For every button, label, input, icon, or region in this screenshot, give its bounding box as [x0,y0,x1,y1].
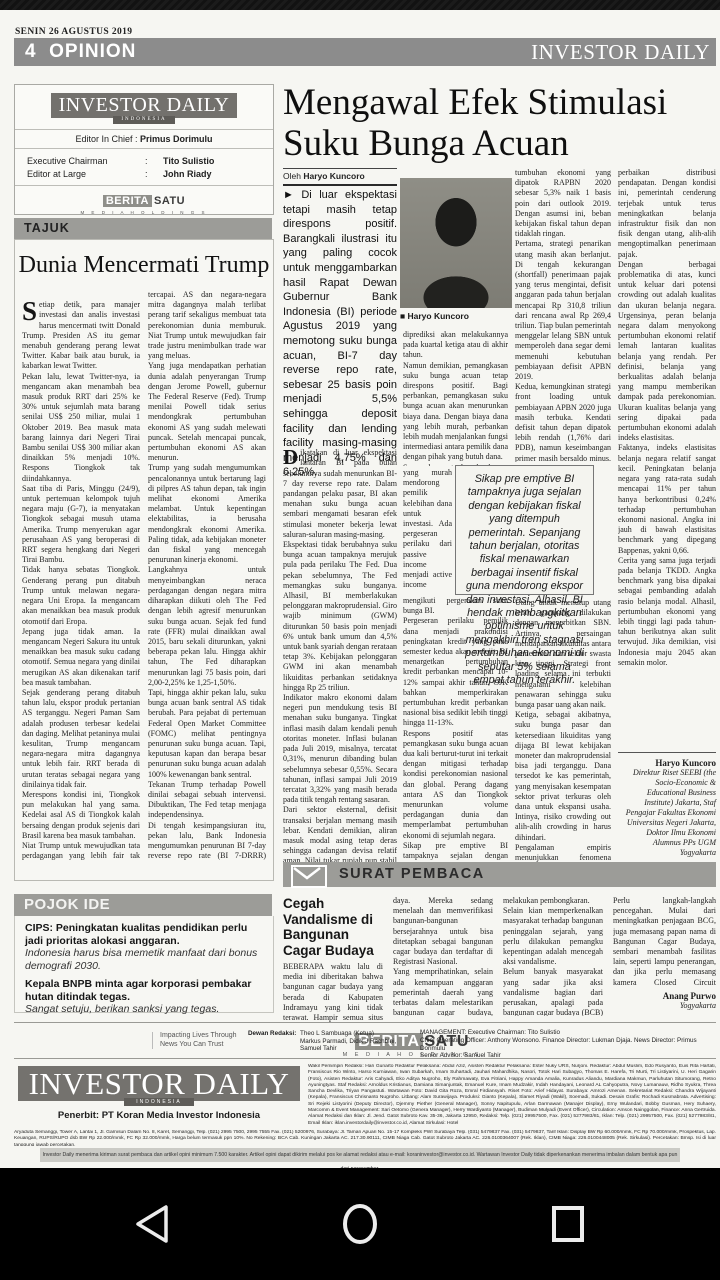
pojok-ide-list: CIPS: Peningkatan kualitas pendidikan pe… [14,916,274,1013]
divider [14,1022,716,1023]
article-intro: ► Di luar ekspektasi tetapi masih tetap … [283,188,397,432]
page-number-and-section: 4 OPINION [25,41,136,63]
tajuk-body: Setiap detik, para manajer investasi dan… [22,290,266,870]
status-bar [0,0,720,10]
pojok-item: CIPS: Peningkatan kualitas pendidikan pe… [25,922,263,972]
back-button[interactable] [130,1202,174,1246]
tajuk-article: Dunia Mencermati Trump Setiap detik, par… [14,239,274,881]
article-col1: Dikatakan di luar ekspektasi lantaran BI… [283,438,397,866]
holding-tagline: Impacting Lives Through News You Can Tru… [152,1032,244,1049]
footer-investor-daily-logo: INVESTOR DAILY [18,1066,300,1101]
investor-daily-logo-sub: INDONESIA [113,116,175,124]
tajuk-section-bar: TAJUK [14,218,272,239]
investor-daily-logo: INVESTOR DAILY [51,93,237,118]
section-header-bar: 4 OPINION INVESTOR DAILY [14,38,716,66]
author-photo [400,178,512,308]
tajuk-dropcap: S [22,300,39,322]
pull-quote-box: Sikap pre emptive BI tampaknya juga seja… [455,465,594,595]
byline: Oleh Haryo Kuncoro [283,168,397,186]
management-block: MANAGEMENT: Executive Chairman: Tito Sul… [420,1029,712,1060]
letter-col3: melakukan pembongkaran. Selain kian memp… [503,896,603,1016]
letter-signature: Anang Purwo Yogyakarta [613,991,716,1011]
edition-date: SENIN 26 AGUSTUS 2019 [15,27,132,37]
divider [14,1058,716,1059]
masthead-row: Executive Chairman:Tito Sulistio [27,156,261,166]
home-icon [340,1202,380,1246]
beritasatu-logo: BERITASATU M E D I A H O L D I N G S [15,185,273,215]
surat-pembaca-section-bar: SURAT PEMBACA [283,862,716,887]
home-button[interactable] [338,1202,382,1246]
recents-icon [550,1204,586,1244]
article-col3-bottom: Utang untuk menutup utang lebih gampang … [515,598,611,866]
letter-col4: Perlu langkah-langkah pencegahan. Mulai … [613,896,716,1016]
masthead-row: Editor at Large:John Riady [27,169,261,179]
envelope-icon [291,865,327,888]
surat-pembaca-title: SURAT PEMBACA [339,866,485,882]
letter-title: Cegah Vandalisme di Bangunan Cagar Buday… [283,896,383,958]
newspaper-page[interactable]: SENIN 26 AGUSTUS 2019 4 OPINION INVESTOR… [0,10,720,1168]
letter-col1: Cegah Vandalisme di Bangunan Cagar Buday… [283,896,383,1016]
recents-button[interactable] [546,1202,590,1246]
back-icon [134,1204,170,1244]
article-col2-beside-quote: yang murah mendorong pemilik kelebihan d… [403,468,452,592]
photo-caption: ■ Haryo Kuncoro [400,311,512,321]
article-col4: perbaikan distribusi pendapatan. Dengan … [618,168,716,748]
submission-disclaimer-bar: Investor Daily menerima kiriman surat pe… [40,1148,680,1162]
letter-col2: daya. Mereka sedang menelaah dan memveri… [393,896,493,1016]
article-col3-top: tumbuhan ekonomi yang dipatok RAPBN 2020… [515,168,611,462]
publisher-line: Penerbit: PT Koran Media Investor Indone… [30,1110,288,1121]
masthead-fineprint: Wakil Pemimpin Redaksi: Hari Gunarto Red… [308,1064,716,1128]
brand-title: INVESTOR DAILY [531,40,710,65]
masthead-fineprint-footer: Aryaduta Semanggi, Tower A, Lantai 1, Jl… [14,1130,716,1146]
main-headline: Mengawal Efek Stimulasi Suku Bunga Acuan [283,82,716,164]
pojok-item: Kepala BNPB minta agar korporasi pembaka… [25,978,263,1016]
dewan-redaksi: Dewan Redaksi: Theo L Sambuaga (Ketua) M… [248,1030,408,1053]
author-bio: Haryo Kuncoro Direktur Riset SEEBI (the … [618,752,716,858]
editor-in-chief-row: Editor In Chief : Primus Dorimulu [15,129,273,149]
article-col2-top: diprediksi akan melakukannya pada kuarta… [403,330,508,466]
tajuk-headline: Dunia Mencermati Trump [15,252,273,279]
phone-screen: SENIN 26 AGUSTUS 2019 4 OPINION INVESTOR… [0,0,720,1280]
masthead-box: INVESTOR DAILY INDONESIA Editor In Chief… [14,84,274,215]
pojok-ide-section-bar: POJOK IDE [14,894,272,916]
android-nav-bar [0,1168,720,1280]
footer-logo-sub: INDONESIA [124,1098,194,1106]
